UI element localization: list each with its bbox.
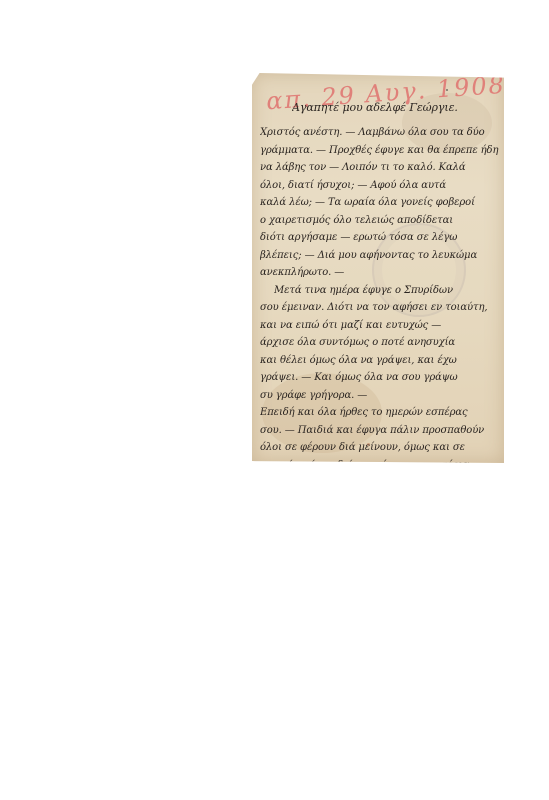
letter-line: και να ειπώ ότι μαζί και ευτυχώς — [260,319,500,333]
letter-line: ανεκπλήρωτο. — [260,266,500,280]
letter-line: ο χαιρετισμός όλο τελειώς αποδίδεται [260,214,500,228]
letter-line: Μετά τινα ημέρα έφυγε ο Σπυρίδων [274,284,500,298]
letter-line: όλοι, διατί ήσυχοι; — Αφού όλα αυτά [260,179,500,193]
letter-line: Χριστός ανέστη. — Λαμβάνω όλα σου τα δύο [260,126,500,140]
letter-line: και θέλει όμως όλα να γράψει, και έχω [260,354,500,368]
letter-line: βλέπεις; — Διά μου αφήνοντας το λευκώμα [260,249,500,263]
letter-line: όλοι σε φέρουν διά μείνουν, όμως και σε [260,441,500,455]
letter-line: σου έμειναν. Διότι να τον αφήσει εν τοια… [260,301,500,315]
letter-line: άρχισε όλα συντόμως ο ποτέ ανησυχία [260,336,500,350]
letter-page: απ. 29 Αυγ. 1908 Αγαπητέ μου αδελφέ Γεώρ… [252,73,504,463]
letter-line: Επειδή και όλα ήρθες το ημερών εσπέρας [260,406,500,420]
letter-line: διότι αργήσαμε — ερωτώ τόσα σε λέγω [260,231,500,245]
letter-greeting: Αγαπητέ μου αδελφέ Γεώργιε. [292,101,492,115]
letter-line: γράμματα. — Προχθές έφυγε και θα έπρεπε … [260,144,500,158]
letter-line: σου. — Παιδιά και έφυγα πάλιν προσπαθούν [260,424,500,438]
document-viewer: απ. 29 Αυγ. 1908 Αγαπητέ μου αδελφέ Γεώρ… [0,0,549,800]
letter-line: γράψει. — Και όμως όλα να σου γράψω [260,371,500,385]
letter-line: να λάβης τον — Λοιπόν τι το καλό. Καλά [260,161,500,175]
letter-line: αγαπών πάντα διά προσέχουν τα εμπόρια [260,459,500,463]
letter-line: καλά λέω; — Τα ωραία όλα γονείς φοβεροί [260,196,500,210]
letter-line: συ γράφε γρήγορα. — [260,389,500,403]
